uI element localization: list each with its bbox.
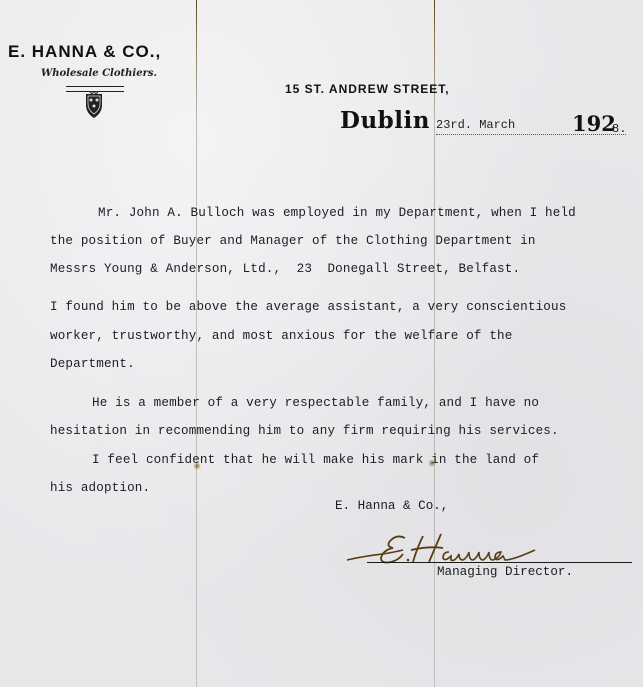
body-line: I feel confident that he will make his m…: [92, 453, 539, 467]
letter-date: 23rd. March: [436, 118, 515, 132]
company-address: 15 ST. ANDREW STREET,: [285, 82, 450, 96]
paper-fold-line: [196, 0, 197, 687]
body-line: Mr. John A. Bulloch was employed in my D…: [98, 206, 576, 220]
body-line: the position of Buyer and Manager of the…: [50, 234, 536, 248]
company-name: E. HANNA & CO.,: [8, 42, 161, 62]
signatory-title: Managing Director.: [437, 565, 573, 579]
closing-company: E. Hanna & Co.,: [335, 499, 448, 513]
body-line: worker, trustworthy, and most anxious fo…: [50, 329, 512, 343]
body-line: his adoption.: [50, 481, 150, 495]
body-line: hesitation in recommending him to any fi…: [50, 424, 559, 438]
rust-stain: [428, 459, 436, 467]
body-line: He is a member of a very respectable fam…: [92, 396, 539, 410]
paper-fold-line: [434, 0, 435, 687]
heraldic-crest-icon: [84, 91, 104, 119]
year-printed: 192: [572, 111, 616, 136]
company-subtitle: Wholesale Clothiers.: [41, 68, 157, 79]
city-name: Dublin: [340, 107, 430, 134]
year-typed: 8.: [612, 122, 626, 136]
body-line: Messrs Young & Anderson, Ltd., 23 Donega…: [50, 262, 520, 276]
rust-stain: [193, 462, 201, 470]
signature-line: [367, 562, 632, 563]
body-line: Department.: [50, 357, 135, 371]
body-line: I found him to be above the average assi…: [50, 300, 566, 314]
